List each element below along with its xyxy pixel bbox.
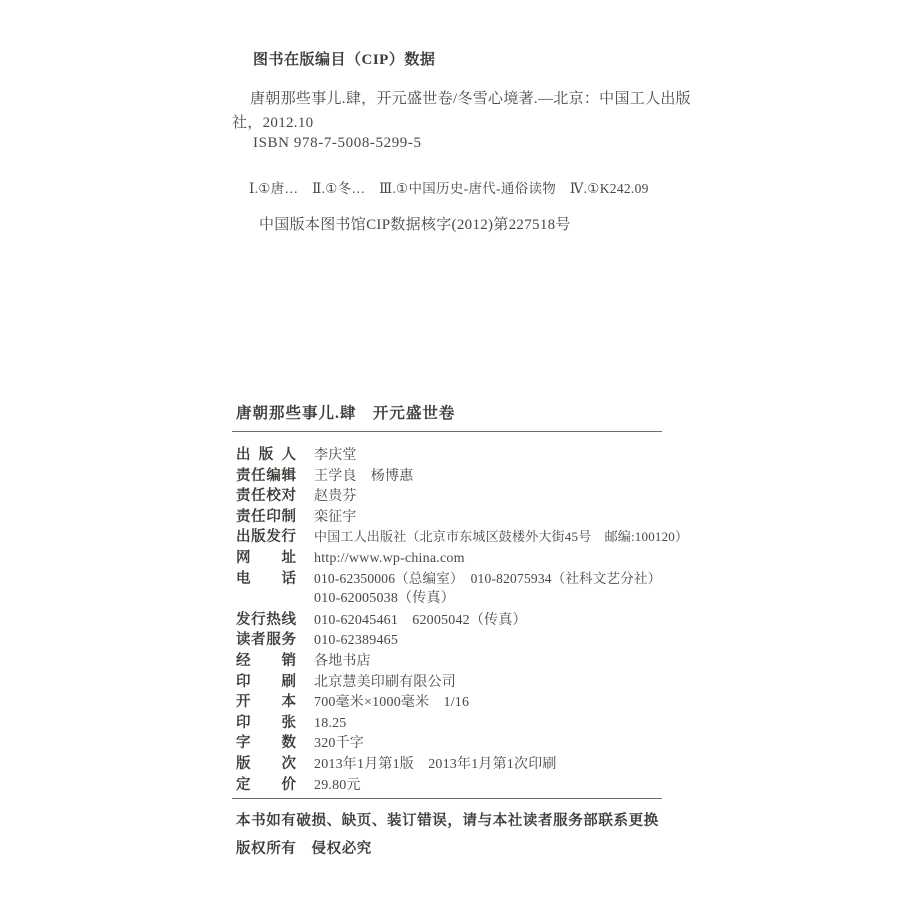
row-value: 王学良 杨博惠	[314, 465, 413, 485]
row-value: 各地书店	[314, 650, 371, 670]
row-label: 印刷	[236, 670, 296, 691]
row-value: 010-62005038（传真）	[314, 587, 455, 607]
colophon-row-price: 定价 29.80元	[236, 773, 688, 794]
colophon-row-distribution: 经销 各地书店	[236, 649, 688, 670]
row-label: 出版人	[236, 443, 296, 464]
colophon-row-publisher: 出版发行 中国工人出版社（北京市东城区鼓楼外大街45号 邮编:100120）	[236, 525, 688, 546]
row-label: 电话	[236, 567, 296, 588]
cip-entry-line2: 社，2012.10	[232, 111, 691, 135]
row-value: 2013年1月第1版 2013年1月第1次印刷	[314, 753, 557, 773]
colophon-row-edition: 版次 2013年1月第1版 2013年1月第1次印刷	[236, 752, 688, 773]
row-label: 责任校对	[236, 484, 296, 505]
row-value: 010-62389465	[314, 633, 398, 649]
copyright-notice: 版权所有 侵权必究	[236, 837, 372, 858]
row-label: 印张	[236, 711, 296, 732]
row-value: 29.80元	[314, 774, 361, 794]
row-value: 010-62350006（总编室） 010-82075934（社科文艺分社）	[314, 567, 661, 587]
isbn-line: ISBN 978-7-5008-5299-5	[253, 135, 422, 152]
colophon-rows: 出版人 李庆堂 责任编辑 王学良 杨博惠 责任校对 赵贵芬 责任印制 栾征宇 出…	[236, 443, 688, 793]
cip-record-number: 中国版本图书馆CIP数据核字(2012)第227518号	[259, 213, 571, 234]
row-value: 李庆堂	[314, 444, 357, 464]
row-value: 北京慧美印刷有限公司	[314, 671, 456, 691]
row-value: 010-62045461 62005042（传真）	[314, 609, 527, 629]
row-value: http://www.wp-china.com	[314, 551, 465, 567]
colophon-row-website: 网址 http://www.wp-china.com	[236, 546, 688, 567]
row-label: 出版发行	[236, 525, 296, 546]
colophon-row-sales-hotline: 发行热线 010-62045461 62005042（传真）	[236, 608, 688, 629]
colophon-row-phone-fax: 010-62005038（传真）	[236, 587, 688, 608]
cip-classification: Ⅰ.①唐… Ⅱ.①冬… Ⅲ.①中国历史-唐代-通俗读物 Ⅳ.①K242.09	[249, 177, 649, 197]
colophon-row-word-count: 字数 320千字	[236, 731, 688, 752]
colophon-row-sheets: 印张 18.25	[236, 711, 688, 732]
replacement-notice: 本书如有破损、缺页、装订错误，请与本社读者服务部联系更换	[236, 809, 659, 830]
colophon-row-publisher-person: 出版人 李庆堂	[236, 443, 688, 464]
colophon-row-printer: 印刷 北京慧美印刷有限公司	[236, 670, 688, 691]
row-label: 定价	[236, 773, 296, 794]
row-label: 网址	[236, 546, 296, 567]
copyright-page: 图书在版编目（CIP）数据 唐朝那些事儿.肆，开元盛世卷/冬雪心境著.—北京：中…	[0, 0, 900, 900]
row-label: 责任印制	[236, 505, 296, 526]
row-value: 320千字	[314, 732, 364, 752]
cip-entry-line1: 唐朝那些事儿.肆，开元盛世卷/冬雪心境著.—北京：中国工人出版	[232, 87, 691, 111]
divider-bottom	[232, 798, 662, 799]
row-label: 版次	[236, 752, 296, 773]
row-value: 栾征宇	[314, 506, 357, 526]
row-label: 经销	[236, 649, 296, 670]
colophon-row-editor: 责任编辑 王学良 杨博惠	[236, 464, 688, 485]
cip-entry: 唐朝那些事儿.肆，开元盛世卷/冬雪心境著.—北京：中国工人出版 社，2012.1…	[232, 87, 691, 135]
colophon-row-proofreader: 责任校对 赵贵芬	[236, 484, 688, 505]
divider-top	[232, 431, 662, 432]
row-value: 中国工人出版社（北京市东城区鼓楼外大街45号 邮编:100120）	[314, 526, 688, 545]
row-value: 18.25	[314, 716, 347, 732]
colophon-row-reader-service: 读者服务 010-62389465	[236, 628, 688, 649]
row-label: 发行热线	[236, 608, 296, 629]
cip-header: 图书在版编目（CIP）数据	[253, 48, 435, 69]
row-label: 字数	[236, 731, 296, 752]
row-value: 赵贵芬	[314, 485, 357, 505]
book-title: 唐朝那些事儿.肆 开元盛世卷	[236, 401, 455, 423]
colophon-row-phone: 电话 010-62350006（总编室） 010-82075934（社科文艺分社…	[236, 567, 688, 588]
colophon-row-print-supervisor: 责任印制 栾征宇	[236, 505, 688, 526]
row-label: 开本	[236, 690, 296, 711]
row-value: 700毫米×1000毫米 1/16	[314, 691, 469, 711]
colophon-row-format: 开本 700毫米×1000毫米 1/16	[236, 690, 688, 711]
row-label: 读者服务	[236, 628, 296, 649]
row-label: 责任编辑	[236, 464, 296, 485]
